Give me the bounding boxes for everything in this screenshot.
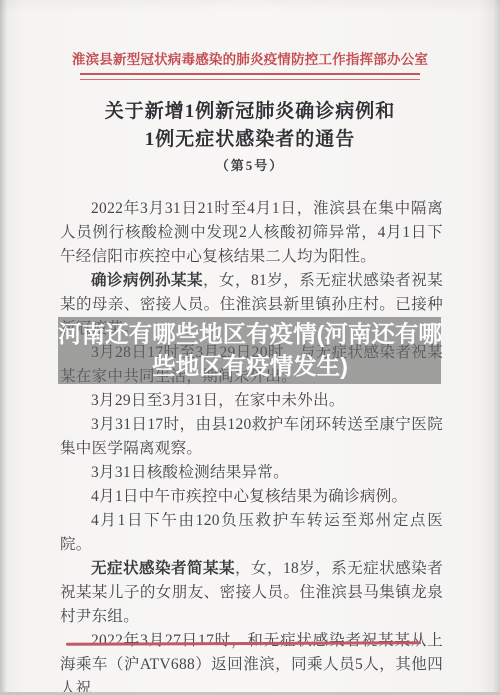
notice-paragraph: 2022年3月31日21时至4月1日，淮滨县在集中隔离人员例行核酸检测中发现2人…	[60, 197, 443, 269]
notice-paragraph: 4月1日中午市疾控中心复核结果为确诊病例。	[60, 485, 443, 509]
notice-paragraph: 无症状感染者简某某，女，18岁，系无症状感染者祝某某儿子的女朋友、密接人员。住淮…	[60, 557, 443, 629]
notice-issue-number: （第5号）	[0, 155, 500, 174]
notice-title-line2: 1例无症状感染者的通告	[0, 124, 500, 151]
notice-title-line1: 关于新增1例新冠肺炎确诊病例和	[0, 96, 500, 123]
caption-line1: 河南还有哪些地区有疫情(河南还有哪	[0, 318, 500, 350]
notice-paragraph: 3月31日17时，由县120救护车闭环转送至康宁医院集中医学隔离观察。	[60, 413, 443, 461]
notice-body: 2022年3月31日21时至4月1日，淮滨县在集中隔离人员例行核酸检测中发现2人…	[60, 197, 443, 695]
notice-paragraph: 4月1日下午由120负压救护车转运至郑州定点医院。	[60, 509, 443, 557]
header-double-underline	[80, 73, 420, 80]
notice-paragraph: 3月31日核酸检测结果异常。	[60, 461, 443, 485]
issuing-office-header: 淮滨县新型冠状病毒感染的肺炎疫情防控工作指挥部办公室	[0, 48, 500, 68]
notice-paragraph: 3月29日至3月31日，在家中未外出。	[60, 389, 443, 413]
caption-line2: 些地区有疫情发生)	[0, 350, 500, 382]
notice-paragraph: 2022年3月27日17时，和无症状感染者祝某某从上海乘车（沪ATV688）返回…	[60, 629, 443, 695]
caption-overlay-text: 河南还有哪些地区有疫情(河南还有哪 些地区有疫情发生)	[0, 318, 500, 382]
document-photo: 淮滨县新型冠状病毒感染的肺炎疫情防控工作指挥部办公室 关于新增1例新冠肺炎确诊病…	[0, 0, 500, 695]
